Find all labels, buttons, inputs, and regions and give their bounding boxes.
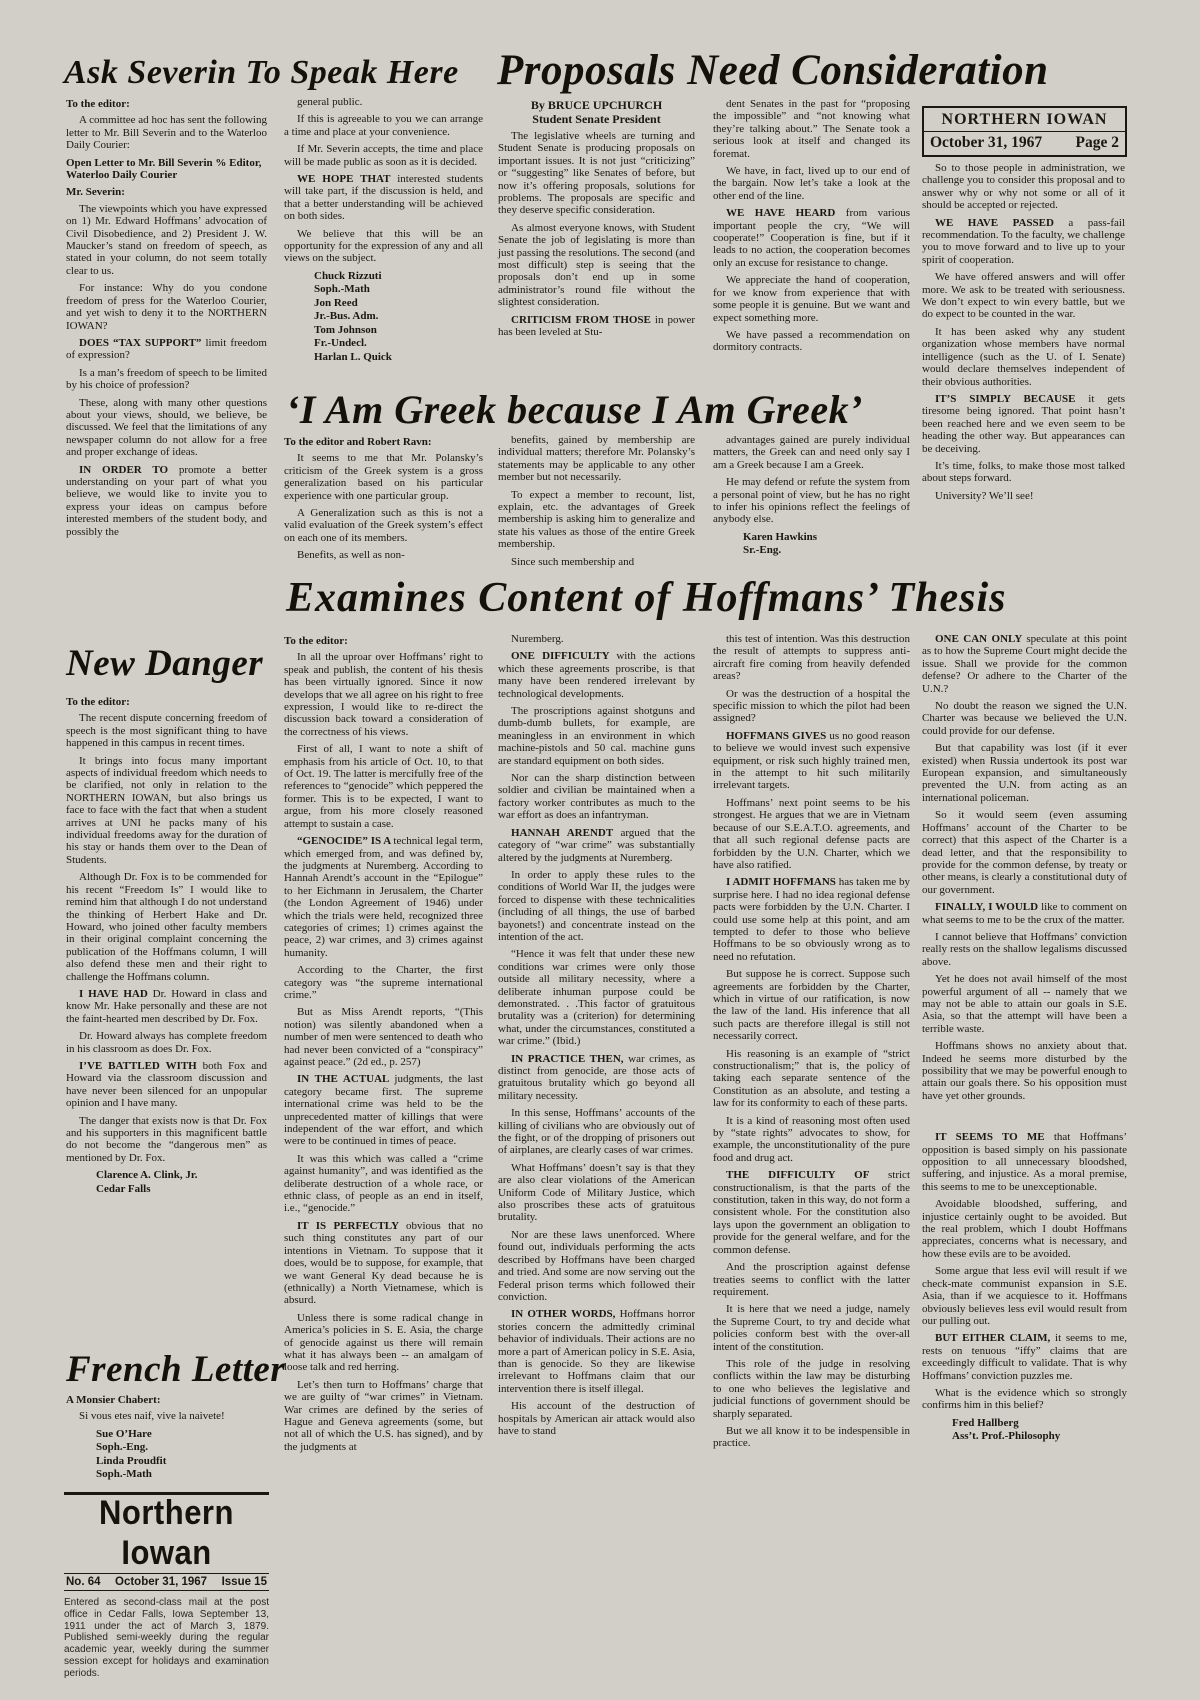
letter-salutation: A Monsier Chabert: xyxy=(66,1394,267,1406)
paragraph: HOFFMANS GIVES us no good reason to beli… xyxy=(713,730,910,792)
paragraph: I HAVE HAD Dr. Howard in class and know … xyxy=(66,988,267,1025)
paragraph: So it would seem (even assuming Hoffmans… xyxy=(922,809,1127,896)
signature-line: Cedar Falls xyxy=(96,1183,267,1197)
masthead-paper-name: Northern Iowan xyxy=(64,1493,269,1572)
newspaper-page: { "page": {"background": "#d2cfc8", "ink… xyxy=(0,0,1200,1700)
paragraph: But suppose he is correct. Suppose such … xyxy=(713,968,910,1042)
paragraph: What is the evidence which so strongly c… xyxy=(922,1387,1127,1412)
signature-line: Sr.-Eng. xyxy=(743,544,910,558)
byline-author: By BRUCE UPCHURCH xyxy=(498,98,695,112)
proposals-column-3: So to those people in administration, we… xyxy=(922,162,1125,507)
paragraph: In all the uproar over Hoffmans’ right t… xyxy=(284,651,483,738)
paragraph: BUT EITHER CLAIM, it seems to me, rests … xyxy=(922,1332,1127,1382)
paragraph: “Hence it was felt that under these new … xyxy=(498,948,695,1047)
paragraph: Hoffmans shows no anxiety about that. In… xyxy=(922,1040,1127,1102)
paragraph: But as Miss Arendt reports, “(This notio… xyxy=(284,1006,483,1068)
paragraph: Avoidable bloodshed, suffering, and inju… xyxy=(922,1198,1127,1260)
proposals-column-1-text: The legislative wheels are turning and S… xyxy=(498,130,695,339)
signature-line: Soph.-Math xyxy=(96,1468,267,1482)
paragraph: To expect a member to recount, list, exp… xyxy=(498,489,695,551)
paragraph: Benefits, as well as non- xyxy=(284,549,483,561)
paragraph: We have, in fact, lived up to our end of… xyxy=(713,165,910,202)
paragraph: A committee ad hoc has sent the followin… xyxy=(66,114,267,151)
signature-line: Fred Hallberg xyxy=(952,1417,1127,1431)
paragraph: I cannot believe that Hoffmans’ convicti… xyxy=(922,931,1127,968)
paragraph: The proscriptions against shotguns and d… xyxy=(498,705,695,767)
paragraph: But we all know it to be indespensible i… xyxy=(713,1425,910,1450)
signature-line: Ass’t. Prof.-Philosophy xyxy=(952,1430,1127,1444)
ask-severin-column-2: general public.If this is agreeable to y… xyxy=(284,96,483,364)
signature-line: Chuck Rizzuti xyxy=(314,270,483,284)
signature-line: Fr.-Undecl. xyxy=(314,337,483,351)
thesis-column-1: To the editor:In all the uproar over Hof… xyxy=(284,633,483,1458)
infobox-date: October 31, 1967 xyxy=(930,134,1042,152)
paragraph: It brings into focus many important aspe… xyxy=(66,755,267,867)
signature-line: Harlan L. Quick xyxy=(314,351,483,365)
paragraph: Some argue that less evil will result if… xyxy=(922,1265,1127,1327)
paragraph: THE DIFFICULTY OF strict constructionali… xyxy=(713,1169,910,1256)
paragraph: University? We’ll see! xyxy=(922,490,1125,502)
column-gap xyxy=(922,1107,1127,1131)
paragraph: IT SEEMS TO ME that Hoffmans’ opposition… xyxy=(922,1131,1127,1193)
headline-i-am-greek: ‘I Am Greek because I Am Greek’ xyxy=(286,386,863,433)
paragraph: This role of the judge in resolving conf… xyxy=(713,1358,910,1420)
paragraph: IN ORDER TO promote a better understandi… xyxy=(66,464,267,538)
paragraph: general public. xyxy=(284,96,483,108)
paragraph: IN THE ACTUAL judgments, the last catego… xyxy=(284,1073,483,1147)
masthead-issue: Issue 15 xyxy=(222,1576,267,1588)
signature-line: Linda Proudfit xyxy=(96,1455,267,1469)
paragraph: These, along with many other questions a… xyxy=(66,397,267,459)
paragraph: Although Dr. Fox is to be commended for … xyxy=(66,871,267,983)
paragraph: benefits, gained by membership are indiv… xyxy=(498,434,695,484)
masthead-number: No. 64 xyxy=(66,1576,101,1588)
greek-column-2: benefits, gained by membership are indiv… xyxy=(498,434,695,573)
new-danger-column: To the editor:The recent dispute concern… xyxy=(66,694,267,1196)
paragraph: We appreciate the hand of cooperation, f… xyxy=(713,274,910,324)
paragraph: The viewpoints which you have expressed … xyxy=(66,203,267,277)
paragraph: He may defend or refute the system from … xyxy=(713,476,910,526)
paragraph: Nor can the sharp distinction between so… xyxy=(498,772,695,822)
masthead-date: October 31, 1967 xyxy=(115,1576,207,1588)
paragraph: I ADMIT HOFFMANS has taken me by surpris… xyxy=(713,876,910,963)
letter-salutation: To the editor: xyxy=(66,696,267,708)
paragraph: dent Senates in the past for “proposing … xyxy=(713,98,910,160)
paragraph: The legislative wheels are turning and S… xyxy=(498,130,695,217)
headline-french-letter: French Letter xyxy=(66,1348,285,1391)
paragraph: WE HOPE THAT interested students will ta… xyxy=(284,173,483,223)
signature-line: Soph.-Eng. xyxy=(96,1441,267,1455)
paragraph: this test of intention. Was this destruc… xyxy=(713,633,910,683)
paragraph: If Mr. Severin accepts, the time and pla… xyxy=(284,143,483,168)
masthead-issue-row: No. 64 October 31, 1967 Issue 15 xyxy=(64,1573,269,1591)
issue-info-box: NORTHERN IOWAN October 31, 1967 Page 2 xyxy=(922,106,1127,157)
paragraph: advantages gained are purely individual … xyxy=(713,434,910,471)
ask-severin-column-1: To the editor:A committee ad hoc has sen… xyxy=(66,96,267,543)
paragraph: It has been asked why any student organi… xyxy=(922,326,1125,388)
headline-proposals: Proposals Need Consideration xyxy=(497,46,1049,95)
paragraph: Open Letter to Mr. Bill Severin % Editor… xyxy=(66,157,267,182)
letter-salutation: Mr. Severin: xyxy=(66,186,267,198)
paragraph: Si vous etes naif, vive la naivete! xyxy=(66,1410,267,1422)
paragraph: For instance: Why do you condone freedom… xyxy=(66,282,267,332)
paragraph: Or was the destruction of a hospital the… xyxy=(713,688,910,725)
greek-column-3: advantages gained are purely individual … xyxy=(713,434,910,558)
paragraph: Nor are these laws unenforced. Where fou… xyxy=(498,1229,695,1303)
paragraph: It is here that we need a judge, namely … xyxy=(713,1303,910,1353)
paragraph: IN PRACTICE THEN, war crimes, as distinc… xyxy=(498,1053,695,1103)
signature-line: Tom Johnson xyxy=(314,324,483,338)
paragraph: A Generalization such as this is not a v… xyxy=(284,507,483,544)
signature-line: Karen Hawkins xyxy=(743,531,910,545)
paragraph: Yet he does not avail himself of the mos… xyxy=(922,973,1127,1035)
thesis-column-4: ONE CAN ONLY speculate at this point as … xyxy=(922,633,1127,1444)
french-letter-column: A Monsier Chabert:Si vous etes naif, viv… xyxy=(66,1392,267,1482)
signature-line: Jr.-Bus. Adm. xyxy=(314,310,483,324)
paragraph: IT’S SIMPLY BECAUSE it gets tiresome bei… xyxy=(922,393,1125,455)
signature-line: Soph.-Math xyxy=(314,283,483,297)
signature-line: Jon Reed xyxy=(314,297,483,311)
paragraph: WE HAVE HEARD from various important peo… xyxy=(713,207,910,269)
infobox-paper-name: NORTHERN IOWAN xyxy=(924,108,1125,132)
paragraph: Is a man’s freedom of speech to be limit… xyxy=(66,367,267,392)
signature-line: Sue O’Hare xyxy=(96,1428,267,1442)
headline-new-danger: New Danger xyxy=(66,642,263,685)
paragraph: ONE CAN ONLY speculate at this point as … xyxy=(922,633,1127,695)
thesis-column-2: Nuremberg.ONE DIFFICULTY with the action… xyxy=(498,633,695,1442)
paragraph: If this is agreeable to you we can arran… xyxy=(284,113,483,138)
paragraph: But that capability was lost (if it ever… xyxy=(922,742,1127,804)
letter-salutation: To the editor and Robert Ravn: xyxy=(284,436,483,448)
paragraph: We have offered answers and will offer m… xyxy=(922,271,1125,321)
infobox-page-number: Page 2 xyxy=(1076,134,1119,152)
paragraph: The recent dispute concerning freedom of… xyxy=(66,712,267,749)
headline-hoffmans-thesis: Examines Content of Hoffmans’ Thesis xyxy=(286,574,1007,622)
paragraph: It seems to me that Mr. Polansky’s criti… xyxy=(284,452,483,502)
paragraph: IT IS PERFECTLY obvious that no such thi… xyxy=(284,1220,483,1307)
paragraph: It is a kind of reasoning most often use… xyxy=(713,1115,910,1165)
paragraph: His account of the destruction of hospit… xyxy=(498,1400,695,1437)
paragraph: Hoffmans’ next point seems to be his str… xyxy=(713,797,910,871)
paragraph: No doubt the reason we signed the U.N. C… xyxy=(922,700,1127,737)
letter-salutation: To the editor: xyxy=(66,98,267,110)
paragraph: It’s time, folks, to make those most tal… xyxy=(922,460,1125,485)
paragraph: CRITICISM FROM THOSE in power has been l… xyxy=(498,314,695,339)
byline-title: Student Senate President xyxy=(498,112,695,126)
paragraph: We have passed a recommendation on dormi… xyxy=(713,329,910,354)
greek-column-1: To the editor and Robert Ravn:It seems t… xyxy=(284,434,483,567)
paragraph: According to the Charter, the first cate… xyxy=(284,964,483,1001)
paragraph: Unless there is some radical change in A… xyxy=(284,1312,483,1374)
paragraph: “GENOCIDE” IS A technical legal term, wh… xyxy=(284,835,483,959)
paragraph: It was this which was called a “crime ag… xyxy=(284,1153,483,1215)
paragraph: WE HAVE PASSED a pass-fail recommendatio… xyxy=(922,217,1125,267)
paragraph: DOES “TAX SUPPORT” limit freedom of expr… xyxy=(66,337,267,362)
paragraph: HANNAH ARENDT argued that the category o… xyxy=(498,827,695,864)
paragraph: I’VE BATTLED WITH both Fox and Howard vi… xyxy=(66,1060,267,1110)
signature-line: Clarence A. Clink, Jr. xyxy=(96,1169,267,1183)
masthead-fine-print: Entered as second-class mail at the post… xyxy=(64,1597,269,1680)
letter-salutation: To the editor: xyxy=(284,635,483,647)
proposals-column-2: dent Senates in the past for “proposing … xyxy=(713,98,910,359)
paragraph: In order to apply these rules to the con… xyxy=(498,869,695,943)
paragraph: FINALLY, I WOULD like to comment on what… xyxy=(922,901,1127,926)
paragraph: Since such membership and xyxy=(498,556,695,568)
paragraph: ONE DIFFICULTY with the actions which th… xyxy=(498,650,695,700)
proposals-column-1: By BRUCE UPCHURCH Student Senate Preside… xyxy=(498,98,695,344)
paragraph: What Hoffmans’ doesn’t say is that they … xyxy=(498,1162,695,1224)
paragraph: The danger that exists now is that Dr. F… xyxy=(66,1115,267,1165)
paragraph: As almost everyone knows, with Student S… xyxy=(498,222,695,309)
paragraph: So to those people in administration, we… xyxy=(922,162,1125,212)
paragraph: And the proscription against defense tre… xyxy=(713,1261,910,1298)
paragraph: His reasoning is an example of “strict c… xyxy=(713,1048,910,1110)
paragraph: Dr. Howard always has complete freedom i… xyxy=(66,1030,267,1055)
paragraph: First of all, I want to note a shift of … xyxy=(284,743,483,830)
paragraph: In this sense, Hoffmans’ accounts of the… xyxy=(498,1107,695,1157)
headline-ask-severin: Ask Severin To Speak Here xyxy=(64,54,459,92)
paragraph: IN OTHER WORDS, Hoffmans horror stories … xyxy=(498,1308,695,1395)
paragraph: Let’s then turn to Hoffmans’ charge that… xyxy=(284,1379,483,1453)
paragraph: We believe that this will be an opportun… xyxy=(284,228,483,265)
masthead: Northern Iowan No. 64 October 31, 1967 I… xyxy=(64,1492,269,1680)
thesis-column-3: this test of intention. Was this destruc… xyxy=(713,633,910,1455)
paragraph: Nuremberg. xyxy=(498,633,695,645)
